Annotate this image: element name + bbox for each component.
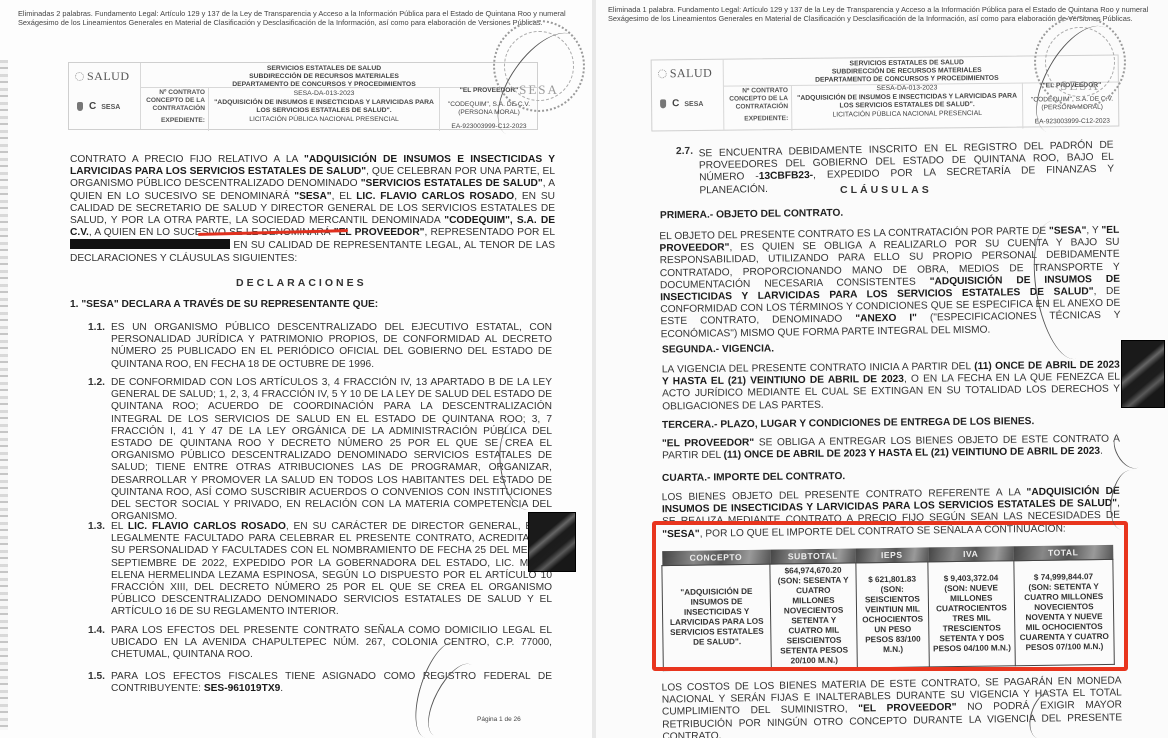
intro-paragraph: CONTRATO A PRECIO FIJO RELATIVO A LA "AD… — [70, 154, 555, 265]
clause-1-title: PRIMERA.- OBJETO DEL CONTRATO. — [660, 208, 843, 222]
redaction-notice: Eliminadas 2 palabras. Fundamento Legal:… — [18, 9, 578, 27]
document-header: SALUD CSESA Nº CONTRATO CONCEPTO DE LA C… — [68, 62, 538, 130]
clause-2-text: LA VIGENCIA DEL PRESENTE CONTRATO INICIA… — [662, 360, 1120, 414]
state-shield-icon — [77, 102, 83, 111]
page-number: Página 1 de 26 — [477, 716, 521, 723]
contract-page-1: Eliminadas 2 palabras. Fundamento Legal:… — [0, 0, 592, 738]
declaraciones-heading: DECLARACIONES — [236, 277, 367, 289]
header-logos: SALUD CSESA — [652, 60, 725, 131]
salud-logo: SALUD — [75, 69, 130, 84]
tender-type: LICITACIÓN PÚBLICA NACIONAL PRESENCIAL — [792, 110, 1022, 120]
contract-concept: "ADQUISICIÓN DE INSUMOS E INSECTICIDAS Y… — [209, 99, 439, 115]
salud-emblem-icon — [75, 72, 84, 81]
redacted-signature-block — [528, 512, 576, 572]
contract-page-2: Eliminada 1 palabra. Fundamento Legal: A… — [596, 0, 1168, 738]
signature-stroke — [1106, 468, 1146, 532]
declaration-1-4: PARA LOS EFECTOS DEL PRESENTE CONTRATO S… — [111, 625, 552, 662]
header-labels: Nº CONTRATO CONCEPTO DE LA CONTRATACIÓN … — [726, 87, 788, 124]
header-labels: Nº CONTRATO CONCEPTO DE LA CONTRATACIÓN … — [143, 89, 205, 125]
contract-number: SESA-DA-013-2023 — [209, 90, 439, 98]
clause-4-title: CUARTA.- IMPORTE DEL CONTRATO. — [662, 471, 845, 484]
clause-2-title: SEGUNDA.- VIGENCIA. — [662, 343, 774, 355]
header-center: SERVICIOS ESTATALES DE SALUD SUBDIRECCIÓ… — [792, 59, 1023, 120]
declaration-1-5: PARA LOS EFECTOS FISCALES TIENE ASIGNADO… — [111, 671, 552, 695]
red-highlight-annotation — [652, 521, 1128, 671]
declaration-1-2: DE CONFORMIDAD CON LOS ARTÍCULOS 3, 4 FR… — [111, 377, 552, 523]
header-logos: SALUD CSESA — [69, 63, 141, 129]
sesa-c-icon: C — [672, 98, 679, 109]
section-1-title: 1. "SESA" DECLARA A TRAVÉS DE SU REPRESE… — [70, 299, 378, 310]
sesa-logo: CSESA — [660, 98, 703, 109]
contract-concept: "ADQUISICIÓN DE INSUMOS E INSECTICIDAS Y… — [792, 93, 1022, 111]
sesa-logo: CSESA — [77, 101, 120, 112]
clause-3-title: TERCERA.- PLAZO, LUGAR Y CONDICIONES DE … — [662, 416, 1034, 431]
salud-emblem-icon — [658, 69, 667, 78]
salud-logo: SALUD — [658, 66, 713, 82]
scan-edge-artifact — [0, 60, 8, 730]
clausulas-heading: CLÁUSULAS — [840, 184, 932, 196]
redacted-signature-block — [1121, 340, 1165, 408]
redacted-name — [70, 239, 230, 249]
state-shield-icon — [660, 99, 666, 108]
declaration-1-1: ES UN ORGANISMO PÚBLICO DESCENTRALIZADO … — [111, 322, 552, 371]
clause-3-text: "EL PROVEEDOR" SE OBLIGA A ENTREGAR LOS … — [662, 434, 1120, 463]
header-center: SERVICIOS ESTATALES DE SALUD SUBDIRECCIÓ… — [209, 65, 439, 124]
declaration-1-3: EL LIC. FLAVIO CARLOS ROSADO, EN SU CARÁ… — [111, 521, 552, 619]
sesa-c-icon: C — [89, 101, 96, 112]
tender-type: LICITACIÓN PÚBLICA NACIONAL PRESENCIAL — [209, 116, 439, 124]
